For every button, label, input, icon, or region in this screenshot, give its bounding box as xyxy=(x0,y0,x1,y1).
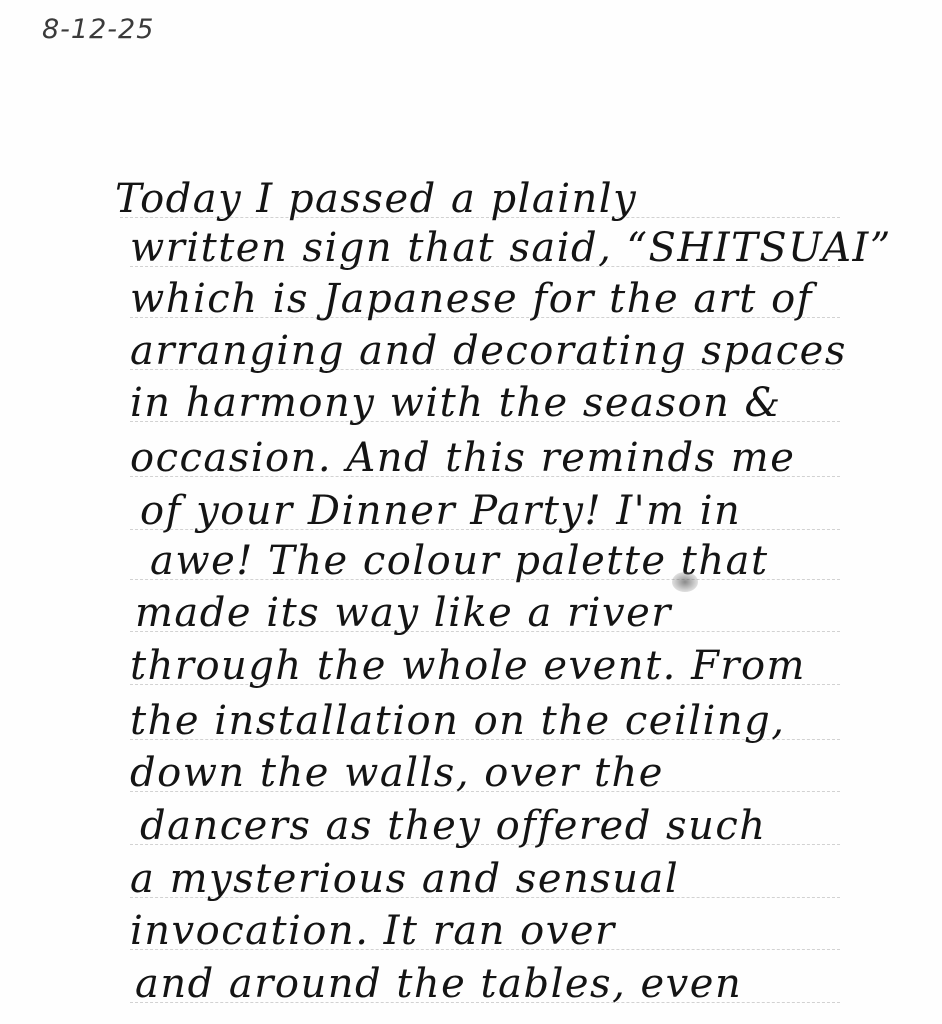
text-line: which is Japanese for the art of xyxy=(130,279,813,319)
text-line: Today I passed a plainly xyxy=(115,179,637,219)
text-line: invocation. It ran over xyxy=(130,911,616,951)
text-line: and around the tables, even xyxy=(135,964,742,1004)
text-line: dancers as they offered such xyxy=(140,806,767,846)
entry-date: 8-12-25 xyxy=(42,14,154,45)
text-line: written sign that said, “SHITSUAI” xyxy=(130,228,892,268)
text-line: in harmony with the season & xyxy=(130,383,782,423)
handwritten-journal-page: 8-12-25 Today I passed a plainlywritten … xyxy=(0,0,942,1024)
text-line: the installation on the ceiling, xyxy=(130,701,785,741)
text-line: through the whole event. From xyxy=(130,646,806,686)
text-line: of your Dinner Party! I'm in xyxy=(140,491,741,531)
text-line: a mysterious and sensual xyxy=(130,859,679,899)
text-line: arranging and decorating spaces xyxy=(130,331,847,371)
text-line: occasion. And this reminds me xyxy=(130,438,795,478)
ink-smudge xyxy=(672,572,698,592)
text-line: down the walls, over the xyxy=(130,753,664,793)
text-line: made its way like a river xyxy=(135,593,672,633)
